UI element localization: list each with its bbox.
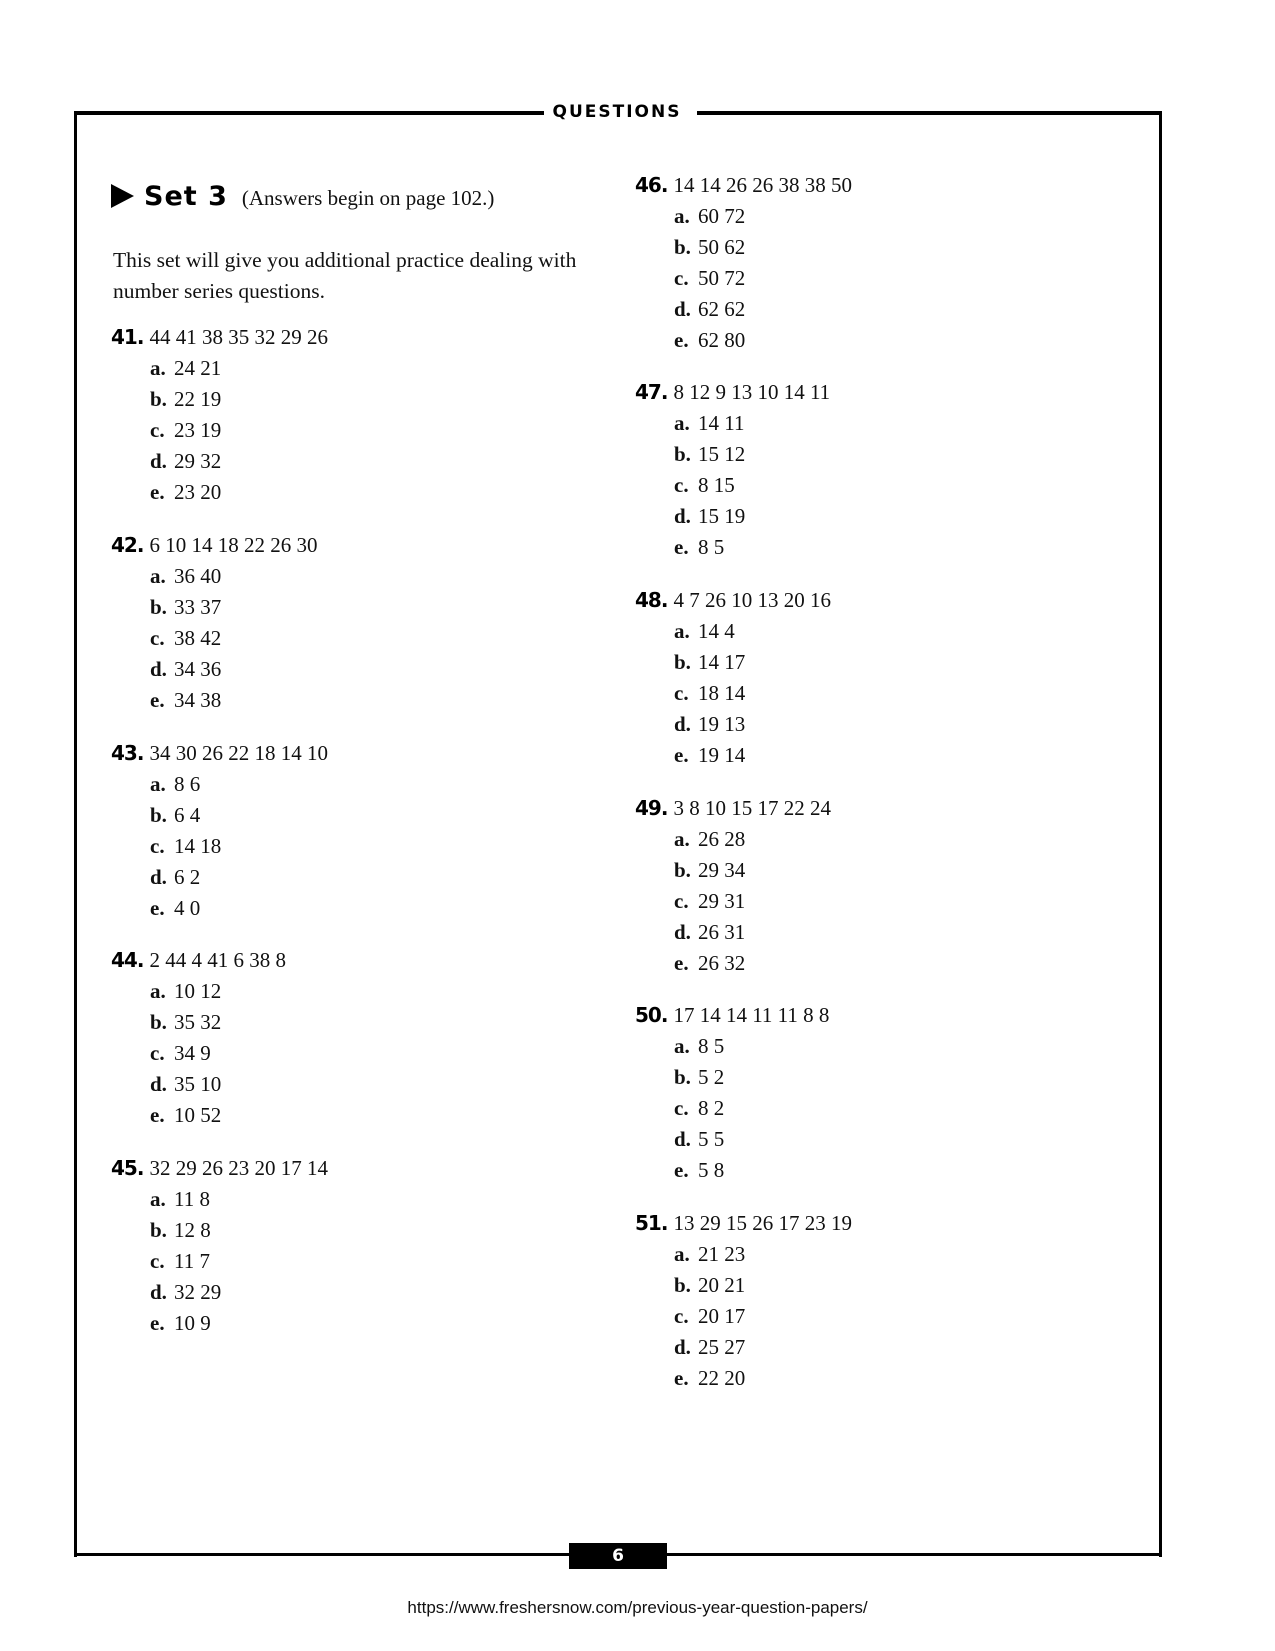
option-value: 22 19 xyxy=(174,387,221,411)
option-value: 26 28 xyxy=(698,827,745,851)
option-letter: d. xyxy=(674,917,698,948)
option-value: 33 37 xyxy=(174,595,221,619)
set-note: (Answers begin on page 102.) xyxy=(242,186,495,211)
frame-top-rule-right xyxy=(697,111,1162,115)
question-series: 17 14 14 11 11 8 8 xyxy=(673,1003,829,1027)
answer-option: d.5 5 xyxy=(635,1124,829,1155)
question-41: 41.44 41 38 35 32 29 26a.24 21b.22 19c.2… xyxy=(111,322,328,508)
option-value: 35 32 xyxy=(174,1010,221,1034)
frame-left-rule xyxy=(74,111,77,1557)
option-value: 11 8 xyxy=(174,1187,210,1211)
question-51: 51.13 29 15 26 17 23 19a.21 23b.20 21c.2… xyxy=(635,1208,852,1394)
option-letter: e. xyxy=(674,1363,698,1394)
answer-option: b.14 17 xyxy=(635,647,831,678)
triangle-bullet-icon xyxy=(111,184,134,208)
answer-option: c.34 9 xyxy=(111,1038,286,1069)
option-value: 11 7 xyxy=(174,1249,210,1273)
question-series: 4 7 26 10 13 20 16 xyxy=(673,588,831,612)
answer-option: c.29 31 xyxy=(635,886,831,917)
footer-url: https://www.freshersnow.com/previous-yea… xyxy=(0,1598,1275,1618)
question-series: 8 12 9 13 10 14 11 xyxy=(673,380,830,404)
option-letter: c. xyxy=(150,1246,174,1277)
answer-option: b.20 21 xyxy=(635,1270,852,1301)
answer-option: a.8 5 xyxy=(635,1031,829,1062)
option-letter: d. xyxy=(150,654,174,685)
option-value: 12 8 xyxy=(174,1218,211,1242)
option-letter: e. xyxy=(150,1100,174,1131)
question-stem: 50.17 14 14 11 11 8 8 xyxy=(635,1000,829,1031)
option-value: 23 19 xyxy=(174,418,221,442)
option-value: 8 15 xyxy=(698,473,735,497)
question-series: 6 10 14 18 22 26 30 xyxy=(149,533,317,557)
question-49: 49.3 8 10 15 17 22 24a.26 28b.29 34c.29 … xyxy=(635,793,831,979)
option-letter: e. xyxy=(674,740,698,771)
answer-option: b.50 62 xyxy=(635,232,852,263)
option-letter: d. xyxy=(150,1277,174,1308)
answer-option: a.11 8 xyxy=(111,1184,328,1215)
answer-option: d.34 36 xyxy=(111,654,317,685)
question-number: 45. xyxy=(111,1156,143,1180)
answer-option: b.12 8 xyxy=(111,1215,328,1246)
option-letter: a. xyxy=(674,616,698,647)
option-letter: d. xyxy=(150,862,174,893)
answer-option: b.35 32 xyxy=(111,1007,286,1038)
answer-option: e.10 52 xyxy=(111,1100,286,1131)
answer-option: c.8 15 xyxy=(635,470,830,501)
question-series: 3 8 10 15 17 22 24 xyxy=(673,796,831,820)
option-value: 26 31 xyxy=(698,920,745,944)
option-value: 29 34 xyxy=(698,858,745,882)
question-44: 44.2 44 4 41 6 38 8a.10 12b.35 32c.34 9d… xyxy=(111,945,286,1131)
option-value: 5 2 xyxy=(698,1065,724,1089)
option-letter: a. xyxy=(674,824,698,855)
question-stem: 44.2 44 4 41 6 38 8 xyxy=(111,945,286,976)
option-value: 8 6 xyxy=(174,772,200,796)
question-stem: 48.4 7 26 10 13 20 16 xyxy=(635,585,831,616)
option-value: 25 27 xyxy=(698,1335,745,1359)
question-stem: 51.13 29 15 26 17 23 19 xyxy=(635,1208,852,1239)
option-letter: e. xyxy=(150,893,174,924)
option-value: 19 14 xyxy=(698,743,745,767)
option-letter: e. xyxy=(150,1308,174,1339)
answer-option: b.22 19 xyxy=(111,384,328,415)
answer-option: c.23 19 xyxy=(111,415,328,446)
question-46: 46.14 14 26 26 38 38 50a.60 72b.50 62c.5… xyxy=(635,170,852,356)
option-value: 8 2 xyxy=(698,1096,724,1120)
option-letter: b. xyxy=(150,1007,174,1038)
frame-right-rule xyxy=(1159,111,1162,1557)
answer-option: e.23 20 xyxy=(111,477,328,508)
option-letter: a. xyxy=(150,353,174,384)
question-series: 34 30 26 22 18 14 10 xyxy=(149,741,328,765)
option-value: 8 5 xyxy=(698,535,724,559)
option-letter: a. xyxy=(674,201,698,232)
option-value: 14 11 xyxy=(698,411,744,435)
answer-option: e.19 14 xyxy=(635,740,831,771)
answer-option: a.14 11 xyxy=(635,408,830,439)
question-45: 45.32 29 26 23 20 17 14a.11 8b.12 8c.11 … xyxy=(111,1153,328,1339)
option-letter: b. xyxy=(150,1215,174,1246)
set-title: Set 3 xyxy=(144,181,228,212)
answer-option: a.24 21 xyxy=(111,353,328,384)
option-letter: e. xyxy=(674,325,698,356)
option-value: 35 10 xyxy=(174,1072,221,1096)
option-value: 14 4 xyxy=(698,619,735,643)
option-letter: e. xyxy=(674,948,698,979)
answer-option: a.8 6 xyxy=(111,769,328,800)
question-number: 48. xyxy=(635,588,667,612)
option-value: 22 20 xyxy=(698,1366,745,1390)
question-series: 14 14 26 26 38 38 50 xyxy=(673,173,852,197)
question-number: 43. xyxy=(111,741,143,765)
answer-option: b.5 2 xyxy=(635,1062,829,1093)
question-series: 44 41 38 35 32 29 26 xyxy=(149,325,328,349)
answer-option: a.26 28 xyxy=(635,824,831,855)
option-value: 62 62 xyxy=(698,297,745,321)
option-value: 26 32 xyxy=(698,951,745,975)
page-number: 6 xyxy=(569,1543,667,1569)
option-letter: b. xyxy=(674,232,698,263)
answer-option: d.62 62 xyxy=(635,294,852,325)
option-value: 34 38 xyxy=(174,688,221,712)
option-letter: d. xyxy=(150,1069,174,1100)
answer-option: c.50 72 xyxy=(635,263,852,294)
option-value: 38 42 xyxy=(174,626,221,650)
option-value: 34 9 xyxy=(174,1041,211,1065)
answer-option: a.36 40 xyxy=(111,561,317,592)
question-43: 43.34 30 26 22 18 14 10a.8 6b.6 4c.14 18… xyxy=(111,738,328,924)
option-letter: c. xyxy=(150,415,174,446)
answer-option: c.14 18 xyxy=(111,831,328,862)
option-value: 5 8 xyxy=(698,1158,724,1182)
answer-option: d.26 31 xyxy=(635,917,831,948)
option-letter: b. xyxy=(674,1270,698,1301)
answer-option: b.33 37 xyxy=(111,592,317,623)
option-letter: b. xyxy=(150,384,174,415)
question-series: 13 29 15 26 17 23 19 xyxy=(673,1211,852,1235)
answer-option: e.34 38 xyxy=(111,685,317,716)
question-number: 50. xyxy=(635,1003,667,1027)
question-stem: 42.6 10 14 18 22 26 30 xyxy=(111,530,317,561)
question-number: 49. xyxy=(635,796,667,820)
option-value: 6 4 xyxy=(174,803,200,827)
option-value: 4 0 xyxy=(174,896,200,920)
option-letter: e. xyxy=(150,477,174,508)
answer-option: c.18 14 xyxy=(635,678,831,709)
option-letter: e. xyxy=(674,1155,698,1186)
option-value: 32 29 xyxy=(174,1280,221,1304)
option-letter: a. xyxy=(150,1184,174,1215)
answer-option: e.22 20 xyxy=(635,1363,852,1394)
option-letter: c. xyxy=(674,1093,698,1124)
question-number: 44. xyxy=(111,948,143,972)
question-48: 48.4 7 26 10 13 20 16a.14 4b.14 17c.18 1… xyxy=(635,585,831,771)
question-series: 2 44 4 41 6 38 8 xyxy=(149,948,286,972)
question-series: 32 29 26 23 20 17 14 xyxy=(149,1156,328,1180)
set-intro: This set will give you additional practi… xyxy=(113,245,613,307)
option-letter: a. xyxy=(150,561,174,592)
question-stem: 46.14 14 26 26 38 38 50 xyxy=(635,170,852,201)
answer-option: e.5 8 xyxy=(635,1155,829,1186)
option-letter: d. xyxy=(674,1124,698,1155)
question-number: 41. xyxy=(111,325,143,349)
question-stem: 49.3 8 10 15 17 22 24 xyxy=(635,793,831,824)
option-letter: e. xyxy=(674,532,698,563)
answer-option: c.38 42 xyxy=(111,623,317,654)
option-letter: d. xyxy=(674,709,698,740)
option-value: 20 21 xyxy=(698,1273,745,1297)
option-letter: c. xyxy=(674,1301,698,1332)
option-value: 20 17 xyxy=(698,1304,745,1328)
answer-option: a.14 4 xyxy=(635,616,831,647)
answer-option: d.32 29 xyxy=(111,1277,328,1308)
option-letter: c. xyxy=(674,263,698,294)
option-letter: b. xyxy=(150,592,174,623)
option-value: 15 12 xyxy=(698,442,745,466)
option-value: 10 52 xyxy=(174,1103,221,1127)
option-value: 14 17 xyxy=(698,650,745,674)
option-value: 50 72 xyxy=(698,266,745,290)
frame-top-rule-left xyxy=(74,111,544,115)
question-number: 51. xyxy=(635,1211,667,1235)
answer-option: e.8 5 xyxy=(635,532,830,563)
answer-option: a.21 23 xyxy=(635,1239,852,1270)
option-letter: d. xyxy=(150,446,174,477)
option-value: 36 40 xyxy=(174,564,221,588)
option-value: 15 19 xyxy=(698,504,745,528)
option-letter: b. xyxy=(150,800,174,831)
option-letter: d. xyxy=(674,294,698,325)
option-letter: c. xyxy=(150,831,174,862)
answer-option: a.60 72 xyxy=(635,201,852,232)
option-letter: c. xyxy=(150,623,174,654)
answer-option: c.8 2 xyxy=(635,1093,829,1124)
question-number: 47. xyxy=(635,380,667,404)
option-letter: c. xyxy=(674,470,698,501)
option-value: 29 31 xyxy=(698,889,745,913)
option-value: 23 20 xyxy=(174,480,221,504)
option-value: 34 36 xyxy=(174,657,221,681)
option-value: 19 13 xyxy=(698,712,745,736)
section-label: QUESTIONS xyxy=(546,102,688,122)
option-letter: b. xyxy=(674,855,698,886)
option-letter: a. xyxy=(674,408,698,439)
option-value: 50 62 xyxy=(698,235,745,259)
option-letter: d. xyxy=(674,501,698,532)
option-value: 8 5 xyxy=(698,1034,724,1058)
option-value: 62 80 xyxy=(698,328,745,352)
option-value: 60 72 xyxy=(698,204,745,228)
question-50: 50.17 14 14 11 11 8 8a.8 5b.5 2c.8 2d.5 … xyxy=(635,1000,829,1186)
answer-option: d.25 27 xyxy=(635,1332,852,1363)
option-letter: b. xyxy=(674,647,698,678)
answer-option: e.10 9 xyxy=(111,1308,328,1339)
option-value: 21 23 xyxy=(698,1242,745,1266)
question-42: 42.6 10 14 18 22 26 30a.36 40b.33 37c.38… xyxy=(111,530,317,716)
answer-option: b.29 34 xyxy=(635,855,831,886)
set-heading: Set 3 (Answers begin on page 102.) xyxy=(111,181,494,212)
question-number: 46. xyxy=(635,173,667,197)
question-stem: 47.8 12 9 13 10 14 11 xyxy=(635,377,830,408)
option-letter: a. xyxy=(674,1031,698,1062)
option-value: 10 9 xyxy=(174,1311,211,1335)
answer-option: c.20 17 xyxy=(635,1301,852,1332)
answer-option: e.26 32 xyxy=(635,948,831,979)
option-value: 5 5 xyxy=(698,1127,724,1151)
option-value: 29 32 xyxy=(174,449,221,473)
answer-option: d.6 2 xyxy=(111,862,328,893)
option-letter: b. xyxy=(674,439,698,470)
answer-option: e.4 0 xyxy=(111,893,328,924)
question-number: 42. xyxy=(111,533,143,557)
answer-option: d.35 10 xyxy=(111,1069,286,1100)
option-letter: a. xyxy=(674,1239,698,1270)
option-value: 14 18 xyxy=(174,834,221,858)
option-letter: e. xyxy=(150,685,174,716)
question-stem: 41.44 41 38 35 32 29 26 xyxy=(111,322,328,353)
option-letter: a. xyxy=(150,769,174,800)
answer-option: d.29 32 xyxy=(111,446,328,477)
answer-option: e.62 80 xyxy=(635,325,852,356)
option-letter: c. xyxy=(674,678,698,709)
option-value: 6 2 xyxy=(174,865,200,889)
option-letter: c. xyxy=(150,1038,174,1069)
question-stem: 43.34 30 26 22 18 14 10 xyxy=(111,738,328,769)
option-letter: d. xyxy=(674,1332,698,1363)
answer-option: c.11 7 xyxy=(111,1246,328,1277)
question-47: 47.8 12 9 13 10 14 11a.14 11b.15 12c.8 1… xyxy=(635,377,830,563)
option-letter: b. xyxy=(674,1062,698,1093)
answer-option: a.10 12 xyxy=(111,976,286,1007)
answer-option: d.19 13 xyxy=(635,709,831,740)
option-value: 24 21 xyxy=(174,356,221,380)
answer-option: b.6 4 xyxy=(111,800,328,831)
question-stem: 45.32 29 26 23 20 17 14 xyxy=(111,1153,328,1184)
option-letter: a. xyxy=(150,976,174,1007)
answer-option: d.15 19 xyxy=(635,501,830,532)
option-letter: c. xyxy=(674,886,698,917)
answer-option: b.15 12 xyxy=(635,439,830,470)
option-value: 10 12 xyxy=(174,979,221,1003)
option-value: 18 14 xyxy=(698,681,745,705)
